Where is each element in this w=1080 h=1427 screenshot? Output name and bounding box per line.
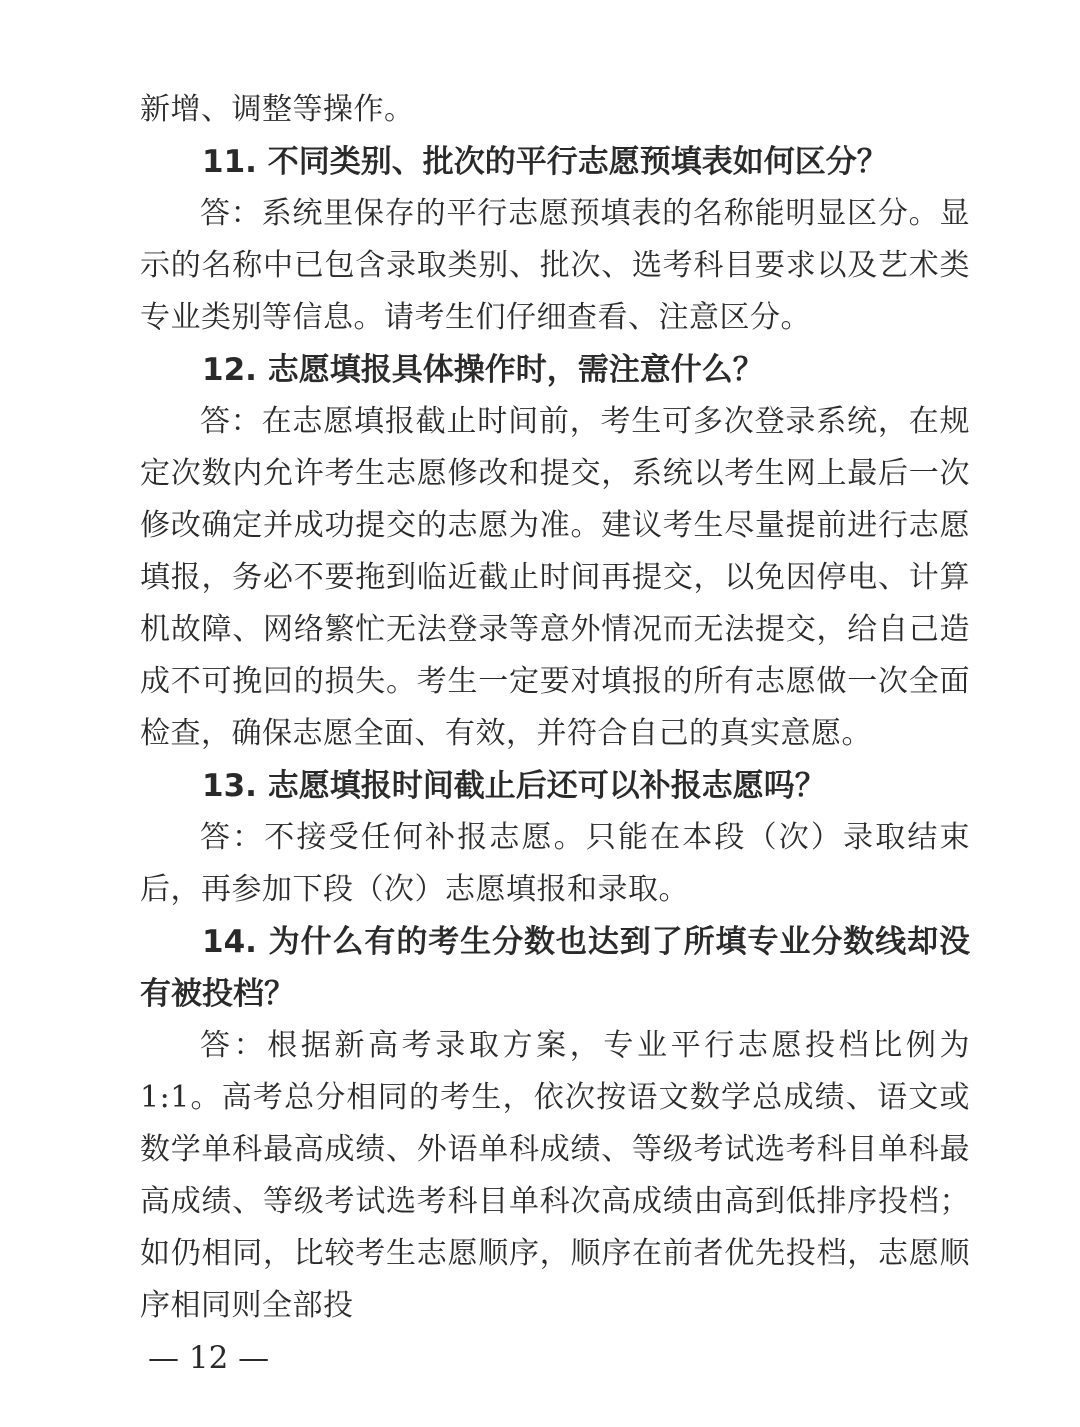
question-13-heading: 13. 志愿填报时间截止后还可以补报志愿吗？	[140, 760, 970, 812]
question-14-heading: 14. 为什么有的考生分数也达到了所填专业分数线却没有被投档？	[140, 916, 970, 1020]
answer-13-paragraph: 答：不接受任何补报志愿。只能在本段（次）录取结束后，再参加下段（次）志愿填报和录…	[140, 812, 970, 916]
question-11-heading: 11. 不同类别、批次的平行志愿预填表如何区分？	[140, 136, 970, 188]
document-page: 新增、调整等操作。 11. 不同类别、批次的平行志愿预填表如何区分？ 答：系统里…	[0, 0, 1080, 1427]
continued-paragraph: 新增、调整等操作。	[140, 84, 970, 136]
page-number-footer: — 12 —	[148, 1338, 269, 1378]
answer-14-paragraph: 答：根据新高考录取方案，专业平行志愿投档比例为 1:1。高考总分相同的考生，依次…	[140, 1020, 970, 1332]
question-12-heading: 12. 志愿填报具体操作时，需注意什么？	[140, 344, 970, 396]
document-body: 新增、调整等操作。 11. 不同类别、批次的平行志愿预填表如何区分？ 答：系统里…	[140, 84, 970, 1332]
answer-11-paragraph: 答：系统里保存的平行志愿预填表的名称能明显区分。显示的名称中已包含录取类别、批次…	[140, 188, 970, 344]
answer-12-paragraph: 答：在志愿填报截止时间前，考生可多次登录系统，在规定次数内允许考生志愿修改和提交…	[140, 396, 970, 760]
